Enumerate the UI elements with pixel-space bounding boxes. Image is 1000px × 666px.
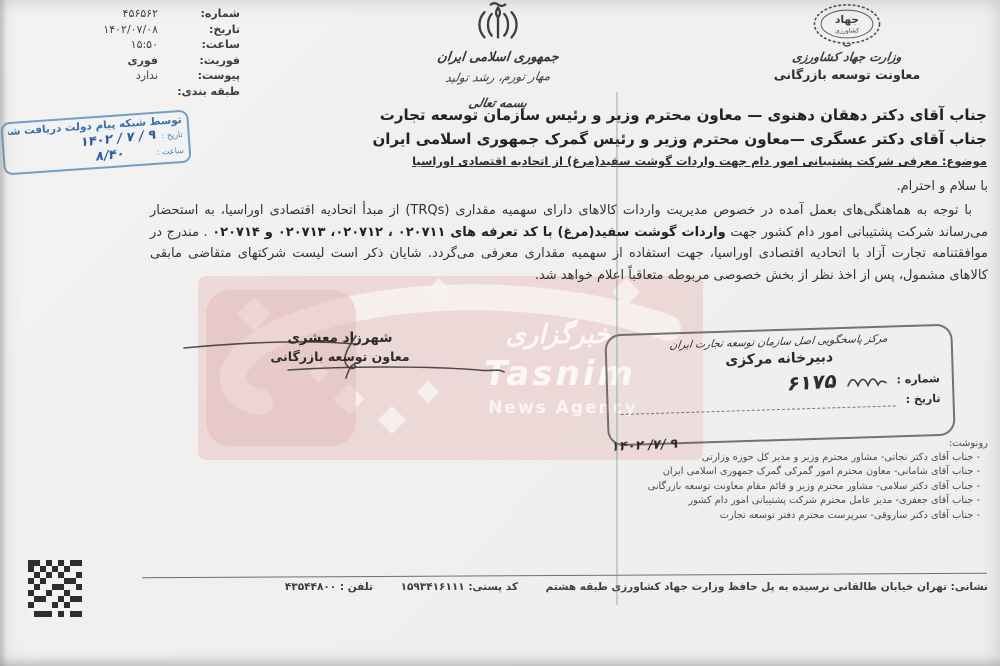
meta-row-number: شماره: ۴۵۶۵۶۲ [16, 6, 240, 22]
meta-value: ۱۴۰۲/۰۷/۰۸ [103, 23, 158, 36]
department-name: معاونت توسعه بازرگانی [702, 67, 992, 82]
recipient-line-1: جناب آقای دکتر دهقان دهنوی — معاون محترم… [145, 103, 987, 127]
letter-meta-block: شماره: ۴۵۶۵۶۲ تاریخ: ۱۴۰۲/۰۷/۰۸ ساعت: ۱۵… [16, 6, 240, 100]
country-name: جمهوری اسلامی ایران [391, 50, 605, 65]
scan-edge-shadow-left [0, 0, 7, 666]
recipient-line-2: جناب آقای دکتر عسگری —معاون محترم وزیر و… [145, 127, 987, 151]
meta-label: فوریت: [168, 53, 240, 69]
scan-edge-shadow-bottom [0, 656, 1000, 666]
meta-row-time: ساعت: ۱۵:۵۰ [16, 37, 240, 53]
meta-value: ۴۵۶۵۶۲ [123, 6, 158, 22]
iran-emblem-icon [471, 2, 525, 44]
stamp-initials-scribble-icon [844, 371, 889, 390]
meta-label: تاریخ: [168, 22, 240, 38]
received-time-handwritten: ۸/۴۰ [96, 146, 126, 164]
cc-item: - جناب آقای جعفری- مدیر عامل محترم شرکت … [300, 494, 988, 508]
signer-title: معاون توسعه بازرگانی [233, 349, 447, 364]
meta-label: شماره: [168, 6, 240, 22]
address-text: نشانی: تهران خیابان طالقانی نرسیده به پل… [546, 581, 988, 593]
footer-divider [142, 573, 987, 579]
postal-code-text: کد پستی: ۱۵۹۳۴۱۶۱۱۱ [401, 581, 518, 593]
seal-sub-text: کشاورزی [835, 28, 859, 35]
ministry-header-block: جهاد کشاورزی وزارت جهاد کشاورزی معاونت ت… [702, 2, 992, 82]
meta-value: ندارد [136, 68, 158, 84]
ministry-name: وزارت جهاد کشاورزی [701, 50, 993, 64]
meta-label: ساعت: [168, 37, 240, 53]
stamp-number-label: شماره : [896, 371, 940, 385]
letter-body: با سلام و احترام. با توجه به هماهنگی‌های… [150, 176, 988, 286]
scan-fold-line [616, 92, 618, 605]
scanned-letter: خبرگزاری Tasnim News Agency شماره: ۴۵۶۵۶… [0, 0, 1000, 666]
body-paragraph: با توجه به هماهنگی‌های بعمل آمده در خصوص… [150, 200, 988, 286]
subject-line: موضوع: معرفی شرکت پشتیبانی امور دام جهت … [145, 151, 987, 172]
year-slogan-calligraphy: مهار تورم، رشد تولید [391, 68, 606, 86]
watermark-blob [206, 290, 356, 446]
salutation: با سلام و احترام. [150, 176, 988, 198]
meta-row-attachment: پیوست: ندارد [16, 68, 240, 84]
meta-value: فوری [127, 53, 158, 69]
recipients-block: جناب آقای دکتر دهقان دهنوی — معاون محترم… [145, 103, 987, 172]
meta-value: ۱۵:۵۰ [131, 37, 158, 53]
stamp-number-handwritten: ۶۱۷۵ [786, 368, 838, 395]
meta-row-urgency: فوریت: فوری [16, 53, 240, 69]
body-segment-bold: واردات گوشت سفید(مرغ) با کد تعرفه های ۰۲… [212, 225, 725, 240]
cc-item: - جناب آقای دکتر سلامی- مشاور محترم وزیر… [300, 480, 988, 494]
meta-label: پیوست: [168, 68, 240, 84]
signer-name: شهرزاد معشری [233, 330, 447, 346]
stamp-date-label: تاریخ : [905, 392, 940, 406]
qr-code-icon [28, 560, 82, 617]
secretariat-stamp: مرکز پاسخگویی اصل سازمان توسعه تجارت ایر… [604, 324, 955, 447]
national-header-block: جمهوری اسلامی ایران مهار تورم، رشد تولید… [392, 2, 604, 110]
meta-row-date: تاریخ: ۱۴۰۲/۰۷/۰۸ [16, 22, 240, 38]
phone-text: تلفن : ۴۳۵۴۴۸۰۰ [285, 581, 373, 593]
meta-row-classification: طبقه بندی: [16, 84, 240, 100]
cc-item: - جناب آقای شامانی- معاون محترم امور گمر… [300, 465, 988, 479]
footer-address: نشانی: تهران خیابان طالقانی نرسیده به پل… [150, 581, 988, 593]
seal-main-text: جهاد [835, 14, 859, 26]
ministry-seal-icon: جهاد کشاورزی [809, 2, 885, 48]
signature-block: شهرزاد معشری معاون توسعه بازرگانی [233, 330, 447, 364]
meta-label: طبقه بندی: [168, 84, 240, 100]
cc-item: - جناب آقای دکتر ساروقی- سرپرست محترم دف… [300, 509, 988, 523]
